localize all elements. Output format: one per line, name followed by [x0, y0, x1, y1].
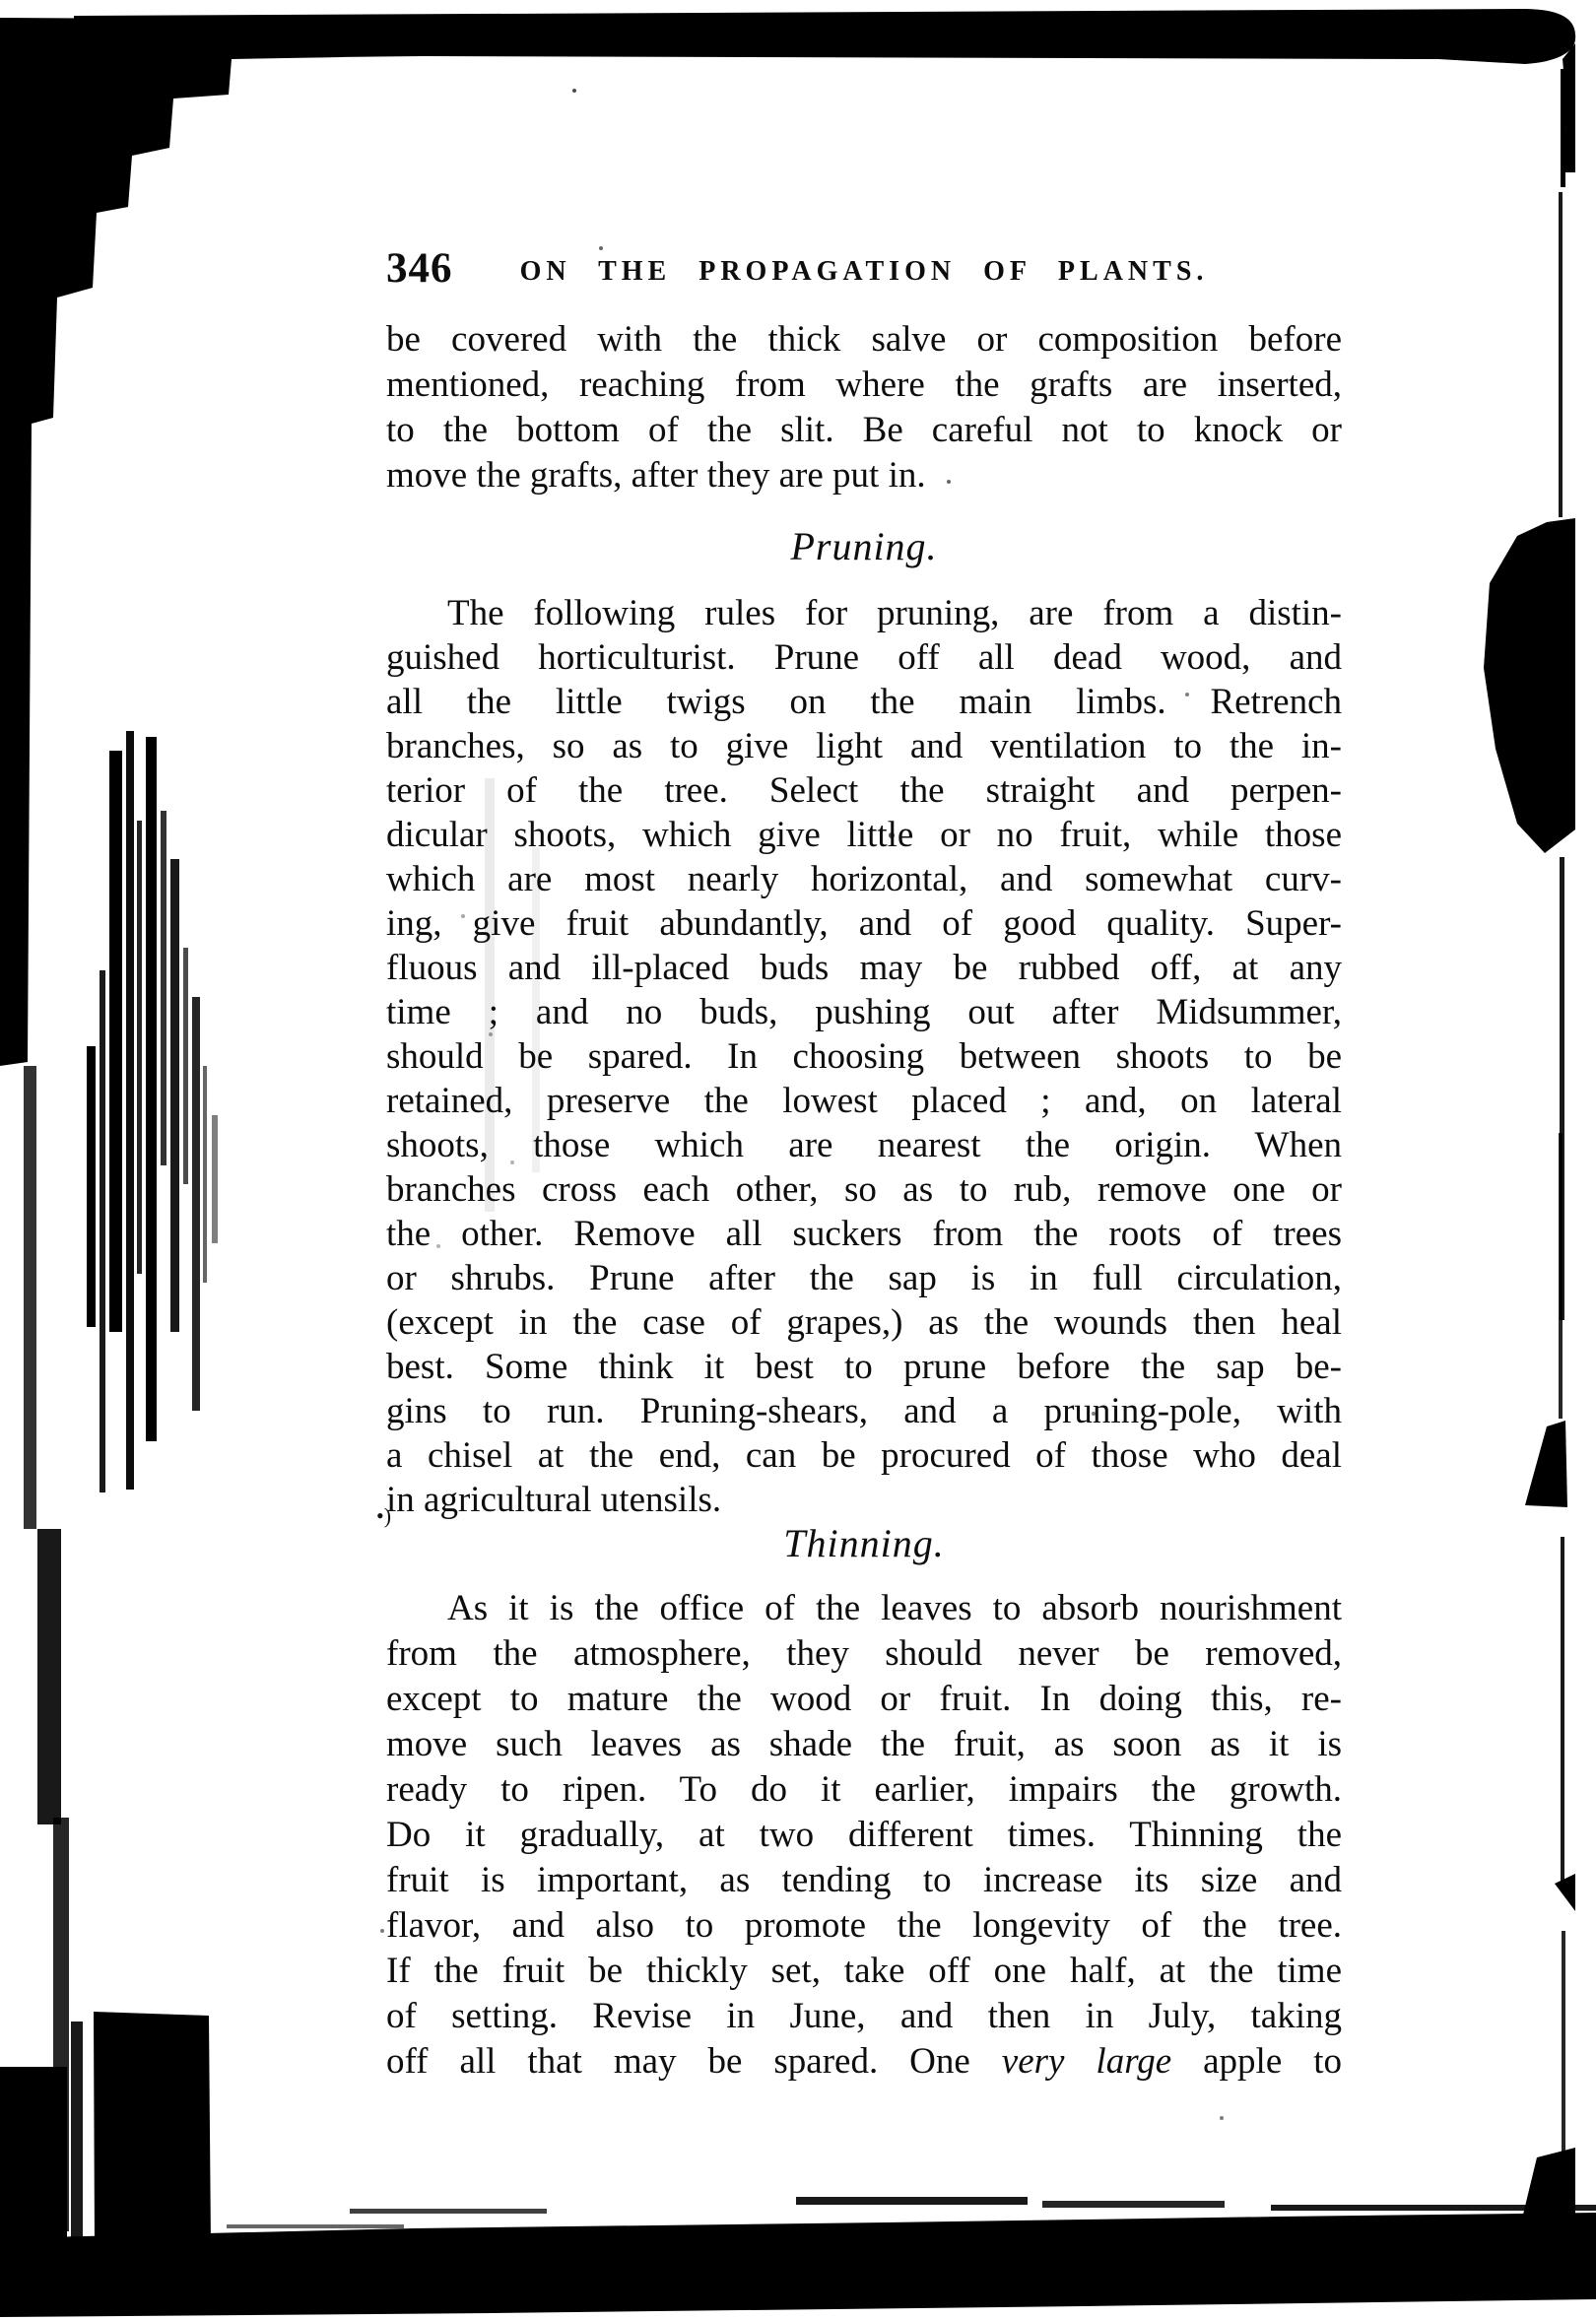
text-line: guished horticulturist. Prune off all de…: [386, 635, 1342, 680]
text-line: all the little twigs on the main limbs. …: [386, 680, 1342, 724]
text-line: of setting. Revise in June, and then in …: [386, 1994, 1342, 2039]
text-line: If the fruit be thickly set, take off on…: [386, 1949, 1342, 1994]
text-line: fruit is important, as tending to increa…: [386, 1858, 1342, 1903]
page-text: 346 ON THE PROPAGATION OF PLANTS. be cov…: [0, 0, 1596, 2320]
page-header: 346 ON THE PROPAGATION OF PLANTS.: [386, 246, 1342, 296]
text-line: be covered with the thick salve or compo…: [386, 317, 1342, 363]
paragraph-thinning: As it is the office of the leaves to abs…: [386, 1586, 1342, 2085]
book-page: 346 ON THE PROPAGATION OF PLANTS. be cov…: [0, 0, 1596, 2320]
text-line: branches cross each other, so as to rub,…: [386, 1167, 1342, 1212]
text-line: should be spared. In choosing between sh…: [386, 1034, 1342, 1079]
text-line: (except in the case of grapes,) as the w…: [386, 1300, 1342, 1345]
text-line: or shrubs. Prune after the sap is in ful…: [386, 1256, 1342, 1300]
text-line: except to mature the wood or fruit. In d…: [386, 1677, 1342, 1722]
text-line: fluous and ill-placed buds may be rubbed…: [386, 946, 1342, 990]
text-line: ing, give fruit abundantly, and of good …: [386, 901, 1342, 946]
text-line: off all that may be spared. One very lar…: [386, 2039, 1342, 2085]
text-line: shoots, those which are nearest the orig…: [386, 1123, 1342, 1167]
text-line: branches, so as to give light and ventil…: [386, 724, 1342, 768]
text-line: dicular shoots, which give little or no …: [386, 813, 1342, 857]
text-line: flavor, and also to promote the longevit…: [386, 1903, 1342, 1949]
running-head: ON THE PROPAGATION OF PLANTS.: [386, 252, 1342, 292]
text-line: move the grafts, after they are put in.: [386, 453, 1342, 498]
section-heading-pruning: Pruning.: [386, 523, 1342, 570]
text-line: best. Some think it best to prune before…: [386, 1345, 1342, 1389]
paragraph-intro: be covered with the thick salve or compo…: [386, 317, 1342, 498]
text-line: As it is the office of the leaves to abs…: [386, 1586, 1342, 1631]
paragraph-pruning: The following rules for pruning, are fro…: [386, 591, 1342, 1522]
text-line: time ; and no buds, pushing out after Mi…: [386, 990, 1342, 1034]
text-line: from the atmosphere, they should never b…: [386, 1631, 1342, 1677]
text-line: a chisel at the end, can be procured of …: [386, 1433, 1342, 1478]
text-line: retained, preserve the lowest placed ; a…: [386, 1079, 1342, 1123]
text-line: in agricultural utensils.: [386, 1478, 1342, 1522]
text-line: The following rules for pruning, are fro…: [386, 591, 1342, 635]
section-heading-thinning: Thinning.: [386, 1520, 1342, 1567]
text-line: gins to run. Pruning-shears, and a pruni…: [386, 1389, 1342, 1433]
text-line: mentioned, reaching from where the graft…: [386, 363, 1342, 408]
text-line: terior of the tree. Select the straight …: [386, 768, 1342, 813]
text-line: move such leaves as shade the fruit, as …: [386, 1722, 1342, 1767]
text-line: ready to ripen. To do it earlier, impair…: [386, 1767, 1342, 1813]
text-line: Do it gradually, at two different times.…: [386, 1813, 1342, 1858]
text-line: which are most nearly horizontal, and so…: [386, 857, 1342, 901]
text-line: the other. Remove all suckers from the r…: [386, 1212, 1342, 1256]
text-line: to the bottom of the slit. Be careful no…: [386, 408, 1342, 453]
